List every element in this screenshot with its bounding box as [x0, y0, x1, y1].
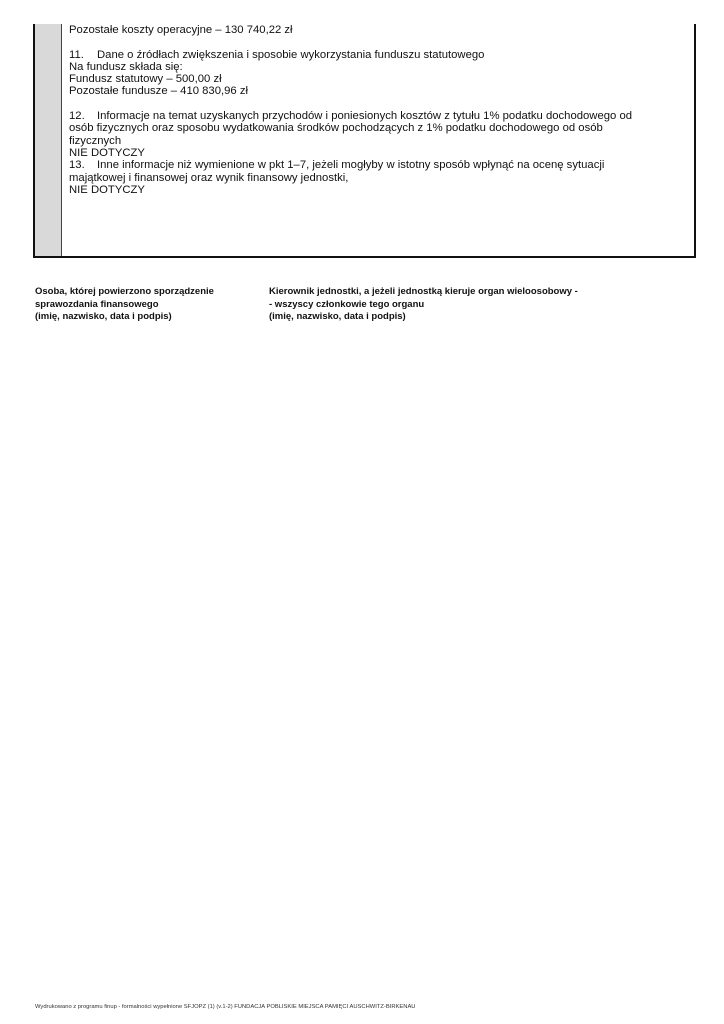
section-11-number: 11. — [69, 49, 97, 61]
fund-composition-label: Na fundusz składa się: — [69, 61, 688, 73]
section-13-title-cont: majątkowej i finansowej oraz wynik finan… — [69, 172, 688, 184]
section-12-answer: NIE DOTYCZY — [69, 147, 688, 159]
notes-content: Pozostałe koszty operacyjne – 130 740,22… — [69, 24, 688, 196]
statutory-fund: Fundusz statutowy – 500,00 zł — [69, 73, 688, 85]
section-12-title-cont: osób fizycznych oraz sposobu wydatkowani… — [69, 122, 688, 134]
head-signature-block: Kierownik jednostki, a jeżeli jednostką … — [269, 286, 578, 324]
other-funds: Pozostałe fundusze – 410 830,96 zł — [69, 85, 688, 97]
preparer-label: Osoba, której powierzono sporządzenie — [35, 286, 214, 299]
row-label-column — [35, 24, 62, 256]
head-label: Kierownik jednostki, a jeżeli jednostką … — [269, 286, 578, 299]
preparer-signature-block: Osoba, której powierzono sporządzenie sp… — [35, 286, 214, 324]
head-label-cont: - wszyscy członkowie tego organu — [269, 299, 578, 312]
other-operating-costs: Pozostałe koszty operacyjne – 130 740,22… — [69, 24, 688, 36]
notes-table-section: Pozostałe koszty operacyjne – 130 740,22… — [33, 24, 696, 258]
head-fields-hint: (imię, nazwisko, data i podpis) — [269, 311, 578, 324]
section-12-title: 12.Informacje na temat uzyskanych przych… — [69, 110, 688, 122]
section-11-title: 11.Dane o źródłach zwiększenia i sposobi… — [69, 49, 688, 61]
print-footer: Wydrukowano z programu finup - formalnoś… — [35, 1004, 416, 1010]
section-13-number: 13. — [69, 159, 97, 171]
section-12-title-cont2: fizycznych — [69, 135, 688, 147]
section-13-title: 13.Inne informacje niż wymienione w pkt … — [69, 159, 688, 171]
preparer-fields-hint: (imię, nazwisko, data i podpis) — [35, 311, 214, 324]
section-13-answer: NIE DOTYCZY — [69, 184, 688, 196]
preparer-label-cont: sprawozdania finansowego — [35, 299, 214, 312]
section-12-number: 12. — [69, 110, 97, 122]
